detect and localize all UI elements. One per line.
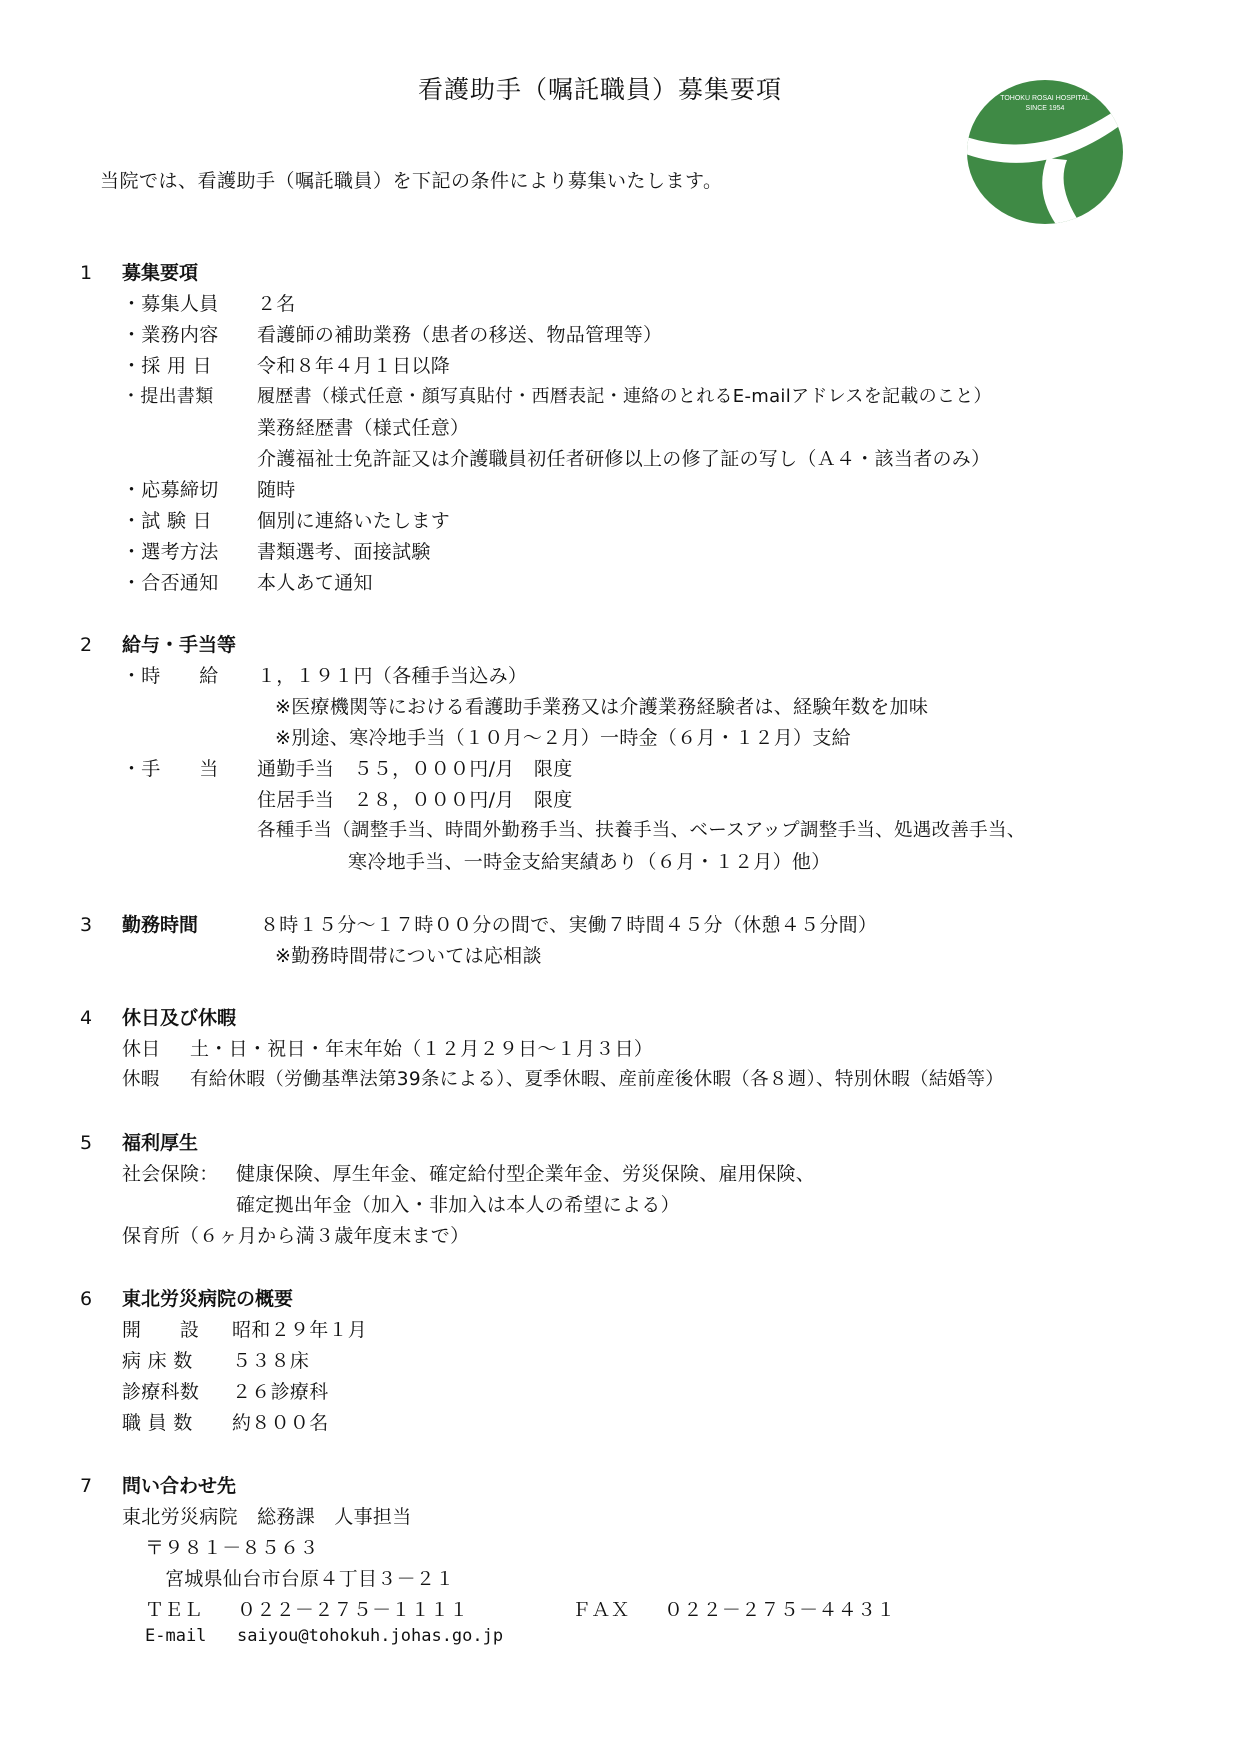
page-title: 看護助手（嘱託職員）募集要項 <box>418 70 782 106</box>
section-5-heading: 5福利厚生 <box>80 1128 198 1155</box>
list-item: ・時 給１，１９１円（各種手当込み） <box>122 661 527 688</box>
section-7-heading: 7問い合わせ先 <box>80 1471 236 1498</box>
hospital-logo: TOHOKU ROSAI HOSPITAL SINCE 1954 <box>965 80 1125 225</box>
document-page: 看護助手（嘱託職員）募集要項 TOHOKU ROSAI HOSPITAL SIN… <box>0 0 1241 1755</box>
svg-text:SINCE 1954: SINCE 1954 <box>1026 105 1065 112</box>
list-item: 寒冷地手当、一時金支給実績あり（６月・１２月）他） <box>348 847 831 874</box>
list-item: ・手 当通勤手当 ５５，０００円/月 限度 <box>122 754 573 781</box>
section-6-heading: 6東北労災病院の概要 <box>80 1284 293 1311</box>
list-item: ・提出書類履歴書（様式任意・顔写真貼付・西暦表記・連絡のとれるE-mailアドレ… <box>122 382 992 408</box>
contact-address: 宮城県仙台市台原４丁目３－２１ <box>165 1564 455 1591</box>
list-item: ・試 験 日個別に連絡いたします <box>122 506 450 533</box>
list-item: 各種手当（調整手当、時間外勤務手当、扶養手当、ベースアップ調整手当、処遇改善手当… <box>257 816 1026 842</box>
contact-postal-code: 〒９８１－８５６３ <box>145 1533 319 1560</box>
list-item: 社会保険：健康保険、厚生年金、確定給付型企業年金、労災保険、雇用保険、 <box>122 1159 815 1186</box>
section-3-heading: 3勤務時間 <box>80 910 198 937</box>
list-item: 休暇有給休暇（労働基準法第39条による）、夏季休暇、産前産後休暇（各８週）、特別… <box>122 1065 1004 1091</box>
list-item: ※勤務時間帯については応相談 <box>275 941 542 968</box>
list-item: ・採 用 日令和８年４月１日以降 <box>122 351 450 378</box>
section-1-heading: 1募集要項 <box>80 258 198 285</box>
contact-fax: ＦＡＸ０２２－２７５－４４３１ <box>572 1595 896 1622</box>
section-2-heading: 2給与・手当等 <box>80 630 236 657</box>
list-item: ・合否通知本人あて通知 <box>122 568 373 595</box>
list-item: 住居手当 ２８，０００円/月 限度 <box>257 785 573 812</box>
list-item: ・募集人員２名 <box>122 289 296 316</box>
list-item: 診療科数２６診療科 <box>122 1377 329 1404</box>
contact-department: 東北労災病院 総務課 人事担当 <box>122 1502 412 1529</box>
list-item: 休日土・日・祝日・年末年始（１２月２９日～１月３日） <box>122 1034 653 1061</box>
svg-text:TOHOKU ROSAI HOSPITAL: TOHOKU ROSAI HOSPITAL <box>1000 95 1090 102</box>
list-item: 介護福祉士免許証又は介護職員初任者研修以上の修了証の写し（Ａ４・該当者のみ） <box>257 444 990 471</box>
list-item: 開 設昭和２９年１月 <box>122 1315 367 1342</box>
list-item: ・業務内容看護師の補助業務（患者の移送、物品管理等） <box>122 320 662 347</box>
list-item: 業務経歴書（様式任意） <box>257 413 469 440</box>
contact-tel: ＴＥＬ０２２－２７５－１１１１ <box>145 1595 469 1622</box>
list-item: ※別途、寒冷地手当（１０月～２月）一時金（６月・１２月）支給 <box>275 723 851 750</box>
section-4-heading: 4休日及び休暇 <box>80 1003 236 1030</box>
list-item: ・選考方法書類選考、面接試験 <box>122 537 431 564</box>
list-item: 保育所（６ヶ月から満３歳年度末まで） <box>122 1221 469 1248</box>
list-item: ８時１５分～１７時００分の間で、実働７時間４５分（休憩４５分間） <box>260 910 877 937</box>
list-item: 確定拠出年金（加入・非加入は本人の希望による） <box>236 1190 680 1217</box>
list-item: ※医療機関等における看護助手業務又は介護業務経験者は、経験年数を加味 <box>275 692 928 719</box>
list-item: ・応募締切随時 <box>122 475 296 502</box>
list-item: 病 床 数５３８床 <box>122 1346 309 1373</box>
contact-email[interactable]: E-mailsaiyou@tohokuh.johas.go.jp <box>145 1626 503 1646</box>
list-item: 職 員 数約８００名 <box>122 1408 329 1435</box>
email-link[interactable]: saiyou@tohokuh.johas.go.jp <box>237 1626 503 1646</box>
intro-text: 当院では、看護助手（嘱託職員）を下記の条件により募集いたします。 <box>100 166 722 193</box>
